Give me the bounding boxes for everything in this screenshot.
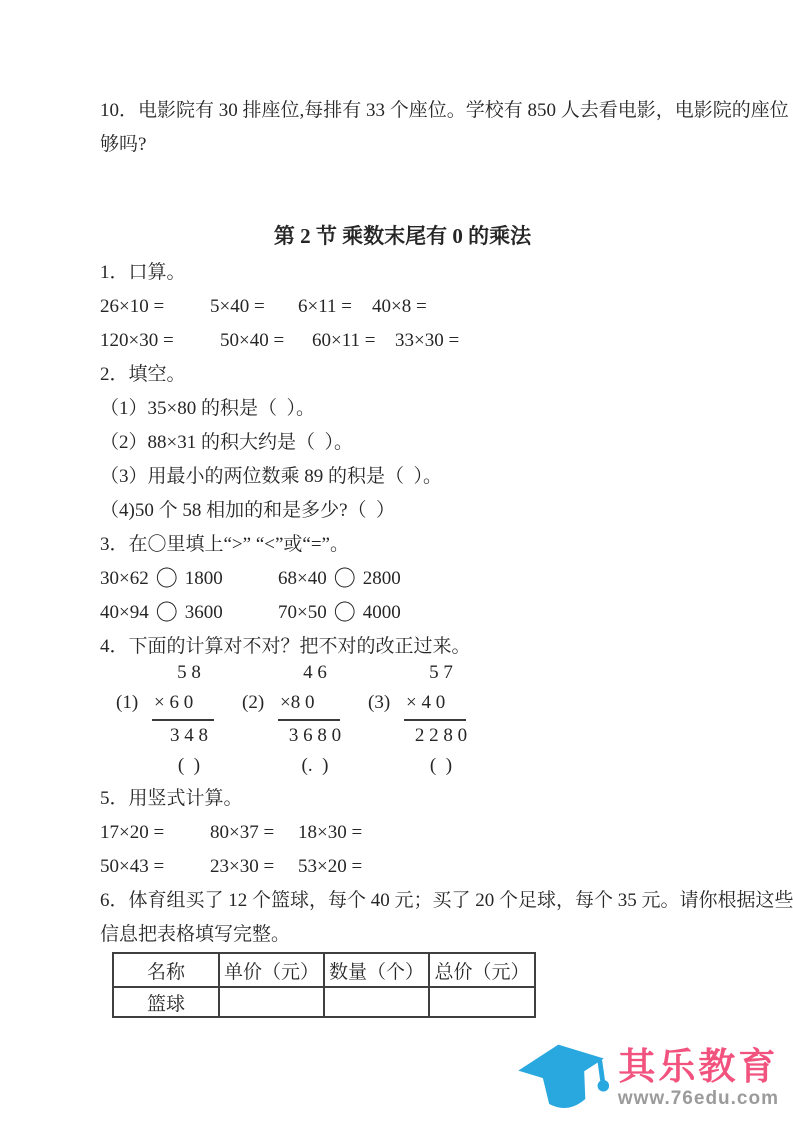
equation: 60×11 =: [312, 324, 395, 358]
equation: 18×30 =: [298, 816, 362, 850]
product: 3 4 8: [154, 721, 224, 751]
q3-row1: 30×62〇180068×40〇2800: [100, 562, 705, 596]
problem-index: (3): [368, 688, 404, 718]
equation: 23×30 =: [210, 850, 298, 884]
compare-item: 68×40〇2800: [278, 562, 401, 596]
compare-left: 70×50: [278, 596, 327, 630]
table-header-total-price: 总价（元）: [429, 953, 535, 987]
equation: 80×37 =: [210, 816, 298, 850]
q1-row2: 120×30 =50×40 =60×11 =33×30 =: [100, 324, 705, 358]
table-cell-quantity: [324, 987, 429, 1017]
compare-left: 40×94: [100, 596, 149, 630]
problem-index: (1): [116, 688, 152, 718]
compare-right: 3600: [185, 596, 223, 630]
table-row: 篮球: [113, 987, 535, 1017]
q2-label: 2．填空。: [100, 358, 705, 392]
equation: 5×40 =: [210, 290, 298, 324]
q5-row1: 17×20 =80×37 =18×30 =: [100, 816, 705, 850]
equation: 17×20 =: [100, 816, 210, 850]
q6-table: 名称 单价（元） 数量（个） 总价（元） 篮球: [112, 952, 536, 1018]
product: 2 2 8 0: [406, 721, 476, 751]
q5-label: 5．用竖式计算。: [100, 782, 705, 816]
q2-item-1: （1）35×80 的积是（ ）。: [100, 392, 705, 426]
compare-item: 70×50〇4000: [278, 596, 401, 630]
check-parentheses: ( ): [154, 751, 224, 781]
compare-right: 4000: [363, 596, 401, 630]
vertical-multiplication-1: 5 8 (1)× 6 0 3 4 8 ( ): [116, 658, 224, 782]
compare-circle-icon: 〇: [334, 596, 356, 630]
check-parentheses: ( ): [406, 751, 476, 781]
multiplier-row: (1)× 6 0: [116, 688, 224, 721]
compare-right: 2800: [363, 562, 401, 596]
equation: 53×20 =: [298, 850, 362, 884]
problem-10-line2: 够吗?: [100, 128, 705, 162]
multiplicand: 5 7: [406, 658, 476, 688]
table-cell-unit-price: [219, 987, 324, 1017]
brand-logo: 其乐教育 www.76edu.com: [514, 1038, 779, 1118]
compare-item: 30×62〇1800: [100, 562, 278, 596]
compare-left: 30×62: [100, 562, 149, 596]
compare-circle-icon: 〇: [334, 562, 356, 596]
q3-row2: 40×94〇360070×50〇4000: [100, 596, 705, 630]
brand-text-block: 其乐教育 www.76edu.com: [618, 1046, 779, 1110]
multiplier-row: (3)× 4 0: [368, 688, 476, 721]
q3-label: 3．在〇里填上“>” “<”或“=”。: [100, 528, 705, 562]
equation: 26×10 =: [100, 290, 210, 324]
worksheet-content: 10．电影院有 30 排座位,每排有 33 个座位。学校有 850 人去看电影，…: [0, 0, 793, 1122]
vertical-multiplication-3: 5 7 (3)× 4 0 2 2 8 0 ( ): [368, 658, 476, 782]
q1-row1: 26×10 =5×40 =6×11 =40×8 =: [100, 290, 705, 324]
table-header-unit-price: 单价（元）: [219, 953, 324, 987]
equation: 50×40 =: [220, 324, 312, 358]
table-header-quantity: 数量（个）: [324, 953, 429, 987]
compare-item: 40×94〇3600: [100, 596, 278, 630]
multiplier: × 4 0: [404, 688, 466, 721]
multiplier-row: (2)×8 0: [242, 688, 350, 721]
equation: 50×43 =: [100, 850, 210, 884]
multiplicand: 4 6: [280, 658, 350, 688]
vertical-multiplication-2: 4 6 (2)×8 0 3 6 8 0 (. ): [242, 658, 350, 782]
q5-row2: 50×43 =23×30 =53×20 =: [100, 850, 705, 884]
check-parentheses: (. ): [280, 751, 350, 781]
q2-item-4: （4)50 个 58 相加的和是多少?（ ）: [100, 494, 705, 528]
table-header-row: 名称 单价（元） 数量（个） 总价（元）: [113, 953, 535, 987]
problem-index: (2): [242, 688, 278, 718]
multiplicand: 5 8: [154, 658, 224, 688]
equation: 33×30 =: [395, 324, 459, 358]
multiplier: ×8 0: [278, 688, 340, 721]
worksheet-page: 10．电影院有 30 排座位,每排有 33 个座位。学校有 850 人去看电影，…: [0, 0, 793, 1122]
equation: 6×11 =: [298, 290, 372, 324]
compare-circle-icon: 〇: [156, 596, 178, 630]
multiplier: × 6 0: [152, 688, 214, 721]
table-cell-total-price: [429, 987, 535, 1017]
compare-circle-icon: 〇: [156, 562, 178, 596]
q2-item-2: （2）88×31 的积大约是（ ）。: [100, 426, 705, 460]
q4-vertical-multiplications: 5 8 (1)× 6 0 3 4 8 ( ) 4 6 (2)×8 0 3 6 8…: [116, 658, 705, 782]
table-header-name: 名称: [113, 953, 219, 987]
q6-line2: 信息把表格填写完整。: [100, 918, 705, 952]
q1-label: 1．口算。: [100, 256, 705, 290]
graduation-cap-icon: [509, 1032, 615, 1122]
table-cell-name: 篮球: [113, 987, 219, 1017]
q6-line1: 6．体育组买了 12 个篮球，每个 40 元；买了 20 个足球，每个 35 元…: [100, 884, 705, 918]
compare-right: 1800: [185, 562, 223, 596]
equation: 40×8 =: [372, 290, 427, 324]
brand-name: 其乐教育: [618, 1046, 778, 1088]
q2-item-3: （3）用最小的两位数乘 89 的积是（ ）。: [100, 460, 705, 494]
problem-10-line1: 10．电影院有 30 排座位,每排有 33 个座位。学校有 850 人去看电影，…: [100, 94, 705, 128]
product: 3 6 8 0: [280, 721, 350, 751]
brand-website: www.76edu.com: [618, 1088, 779, 1110]
equation: 120×30 =: [100, 324, 220, 358]
section-title: 第 2 节 乘数末尾有 0 的乘法: [100, 222, 705, 250]
compare-left: 68×40: [278, 562, 327, 596]
